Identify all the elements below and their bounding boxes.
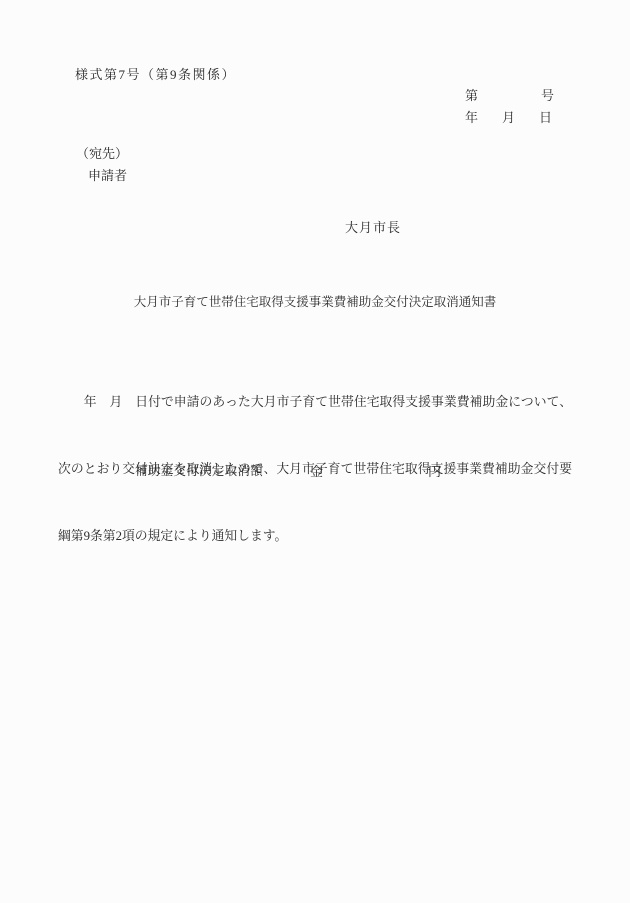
- addressee-label: （宛先）: [76, 143, 128, 162]
- date-line: 年 月 日: [465, 107, 552, 126]
- form-number: 様式第7号（第9条関係）: [75, 64, 236, 83]
- date-day-label: 日: [539, 107, 552, 126]
- mayor-label: 大月市長: [345, 217, 401, 236]
- date-month-label: 月: [502, 107, 515, 126]
- document-page: 様式第7号（第9条関係） 第 号 年 月 日 （宛先） 申請者 大月市長 大月市…: [0, 0, 630, 903]
- document-title: 大月市子育て世帯住宅取得支援事業費補助金交付決定取消通知書: [0, 292, 630, 310]
- doc-number-suffix: 号: [541, 85, 554, 104]
- doc-number-prefix: 第: [465, 85, 478, 104]
- amount-label: 補助金交付決定取消額: [135, 461, 263, 479]
- body-line: 綱第9条第2項の規定により通知します。: [58, 525, 572, 547]
- date-year-label: 年: [465, 107, 478, 126]
- body-line: 年 月 日付で申請のあった大月市子育て世帯住宅取得支援事業費補助金について、: [58, 391, 572, 413]
- doc-number-line: 第 号: [465, 85, 554, 104]
- amount-currency-prefix: 金: [310, 461, 323, 480]
- amount-currency-suffix: 円: [428, 461, 441, 480]
- applicant-label: 申請者: [88, 165, 127, 184]
